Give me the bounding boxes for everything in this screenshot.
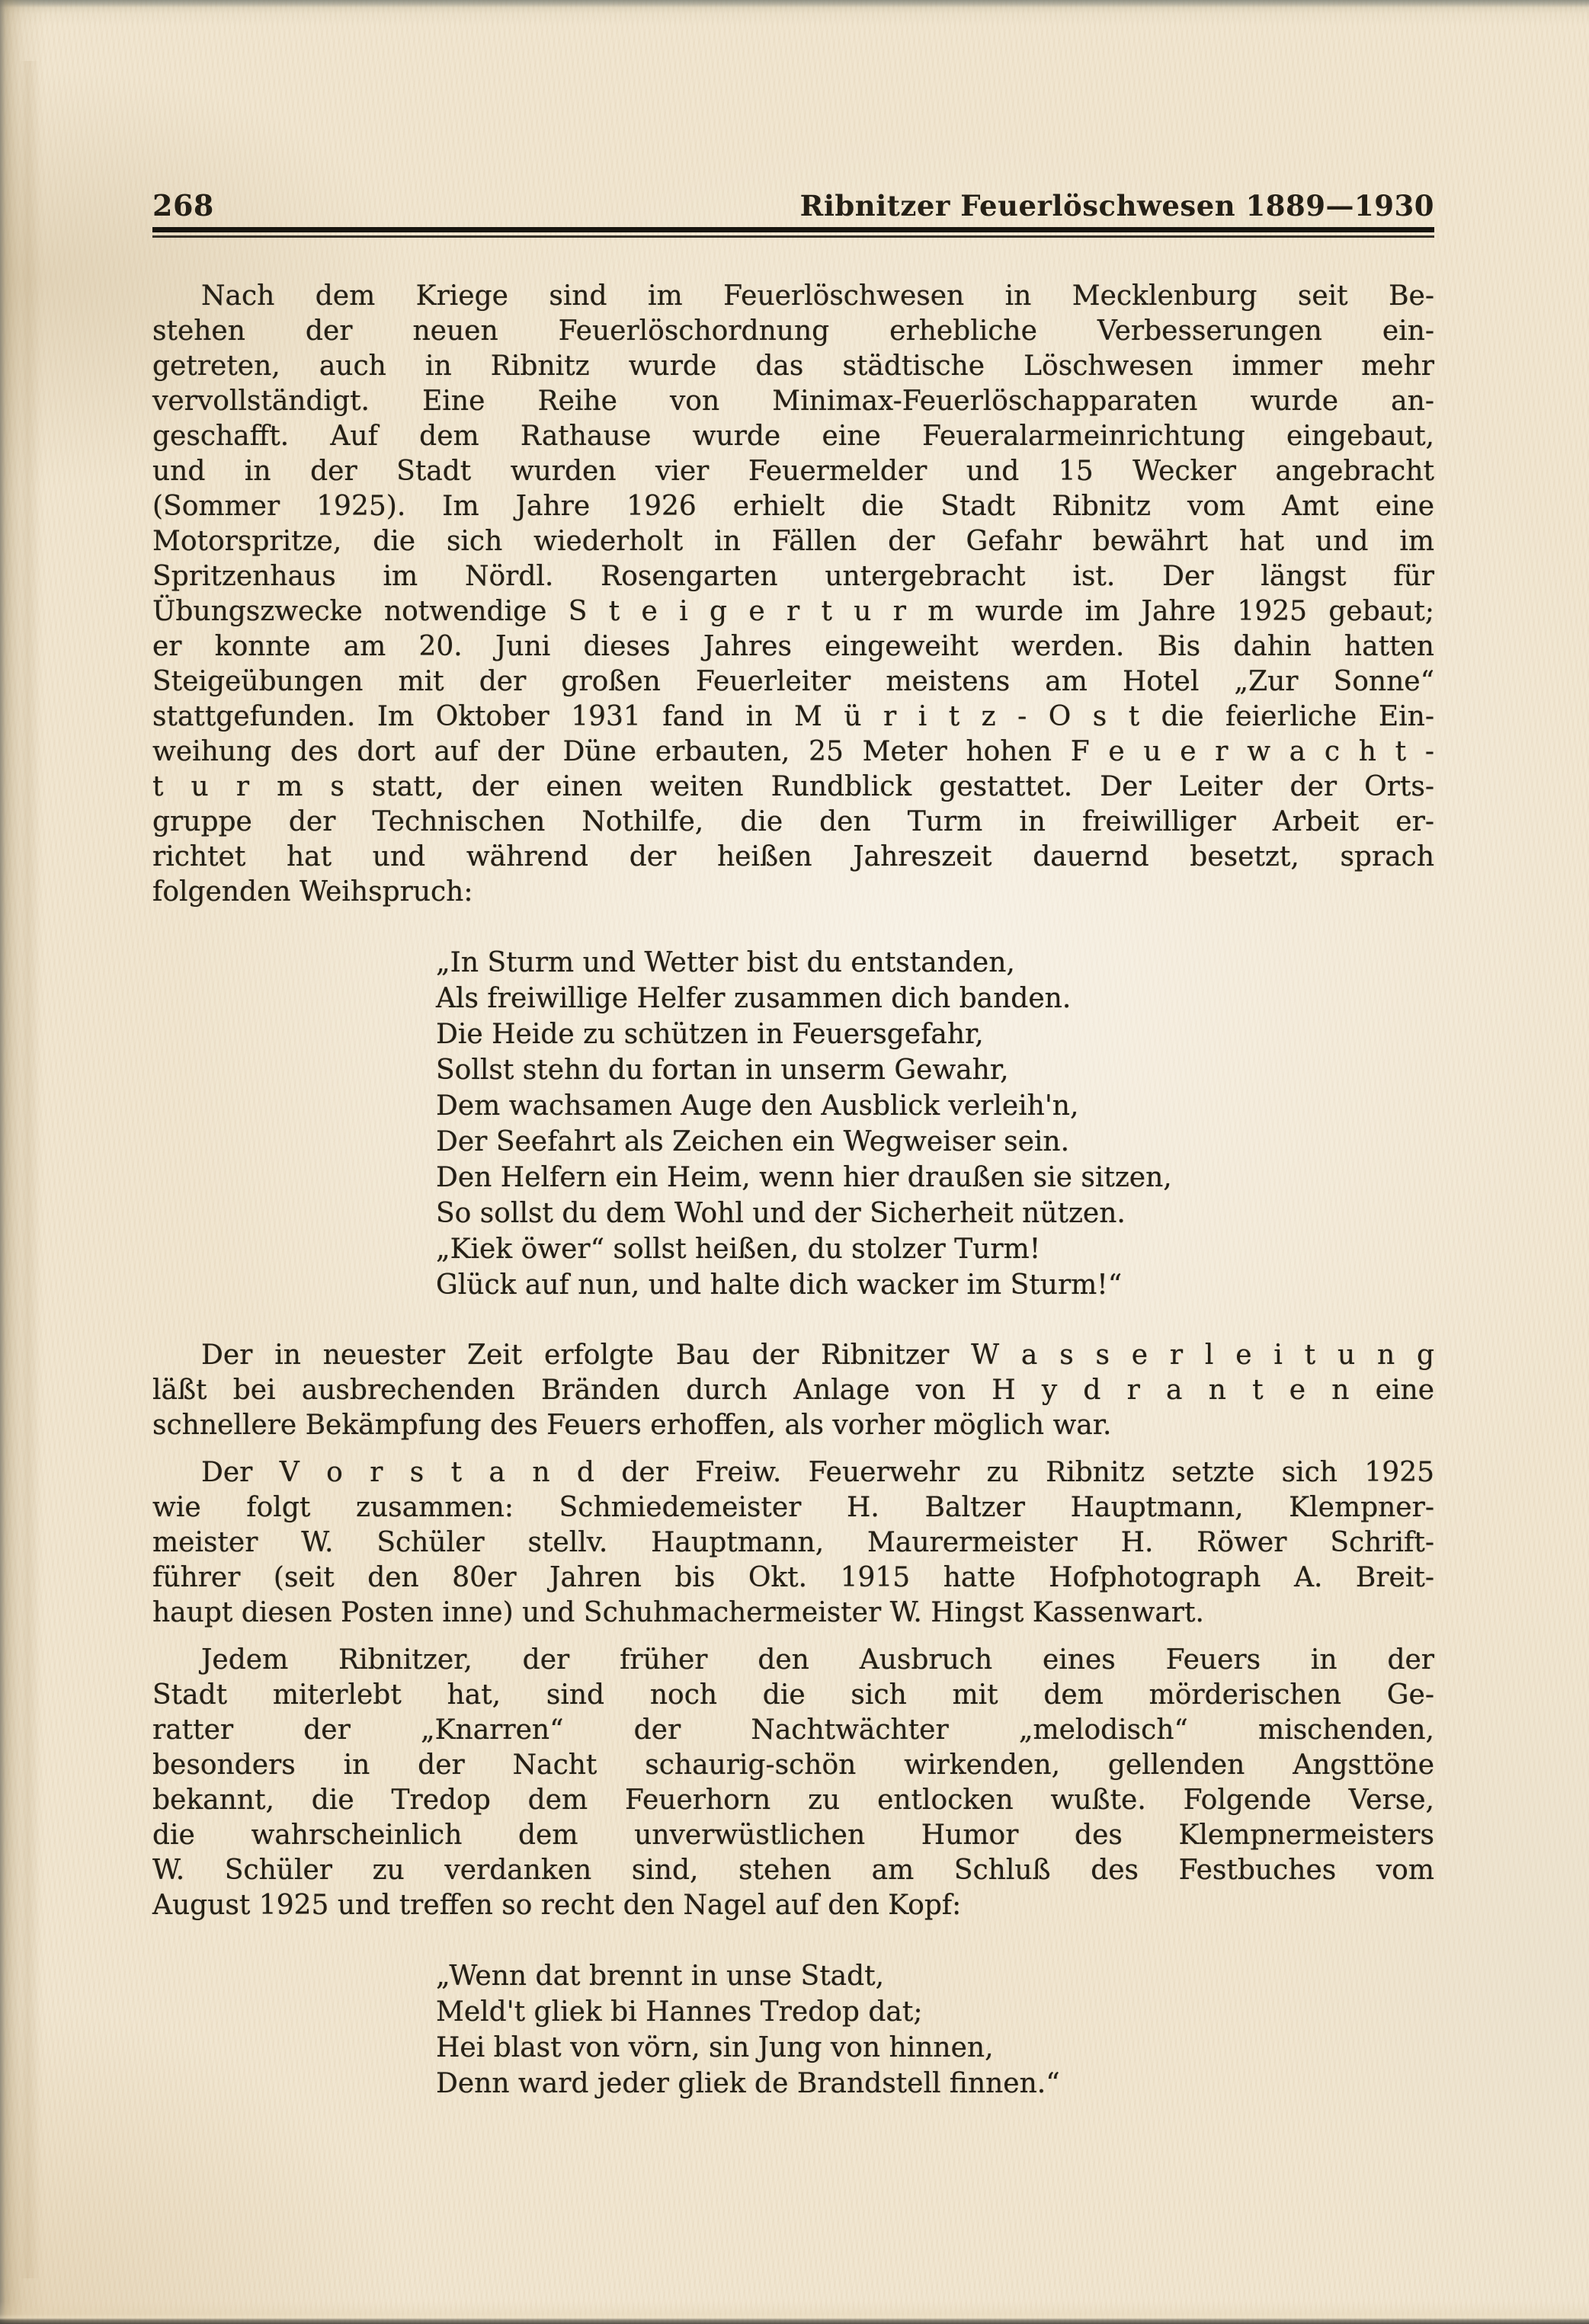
text-line: führer (seit den 80er Jahren bis Okt. 19… — [152, 1561, 1434, 1596]
text-line: So sollst du dem Wohl und der Sicherheit… — [436, 1196, 1434, 1231]
text-line: meister W. Schüler stellv. Hauptmann, Ma… — [152, 1525, 1434, 1561]
text-line: haupt diesen Posten inne) und Schuhmache… — [152, 1596, 1434, 1631]
text-line: stattgefunden. Im Oktober 1931 fand in M… — [152, 699, 1434, 735]
text-line: „In Sturm und Wetter bist du entstanden, — [436, 945, 1434, 981]
text-line: geschafft. Auf dem Rathause wurde eine F… — [152, 419, 1434, 454]
text-line: t u r m s statt, der einen weiten Rundbl… — [152, 770, 1434, 805]
rule-thick-line — [152, 227, 1434, 232]
chapter-title: Ribnitzer Feuerlöschwesen 1889—1930 — [800, 189, 1434, 222]
scanned-book-page: 268 Ribnitzer Feuerlöschwesen 1889—1930 … — [0, 0, 1589, 2324]
text-line: und in der Stadt wurden vier Feuermelder… — [152, 454, 1434, 489]
text-line: läßt bei ausbrechenden Bränden durch Anl… — [152, 1373, 1434, 1408]
text-line: Der Seefahrt als Zeichen ein Wegweiser s… — [436, 1124, 1434, 1160]
text-line: Als freiwillige Helfer zusammen dich ban… — [436, 981, 1434, 1016]
text-line: Spritzenhaus im Nördl. Rosengarten unter… — [152, 559, 1434, 594]
text-line: (Sommer 1925). Im Jahre 1926 erhielt die… — [152, 489, 1434, 524]
text-line: wie folgt zusammen: Schmiedemeister H. B… — [152, 1490, 1434, 1525]
text-line: Übungszwecke notwendige S t e i g e r t … — [152, 594, 1434, 629]
text-line: Hei blast von vörn, sin Jung von hinnen, — [436, 2030, 1434, 2066]
running-header: 268 Ribnitzer Feuerlöschwesen 1889—1930 — [152, 189, 1434, 222]
verse-block: „Wenn dat brennt in unse Stadt,Meld't gl… — [436, 1958, 1434, 2102]
text-line: richtet hat und während der heißen Jahre… — [152, 840, 1434, 875]
paragraph: Nach dem Kriege sind im Feuerlöschwesen … — [152, 279, 1434, 910]
text-line: weihung des dort auf der Düne erbauten, … — [152, 735, 1434, 770]
header-double-rule — [152, 227, 1434, 238]
text-line: Meld't gliek bi Hannes Tredop dat; — [436, 1994, 1434, 2030]
text-line: getreten, auch in Ribnitz wurde das städ… — [152, 349, 1434, 384]
text-line: Der V o r s t a n d der Freiw. Feuerwehr… — [152, 1455, 1434, 1490]
text-line: vervollständigt. Eine Reihe von Minimax-… — [152, 384, 1434, 419]
text-line: Dem wachsamen Auge den Ausblick verleih'… — [436, 1088, 1434, 1124]
paragraph: Jedem Ribnitzer, der früher den Ausbruch… — [152, 1643, 1434, 1923]
page-number: 268 — [152, 189, 214, 222]
text-line: schnellere Bekämpfung des Feuers erhoffe… — [152, 1408, 1434, 1443]
page-content: 268 Ribnitzer Feuerlöschwesen 1889—1930 … — [152, 189, 1434, 2137]
scan-streak — [20, 61, 40, 2278]
text-line: W. Schüler zu verdanken sind, stehen am … — [152, 1853, 1434, 1888]
text-line: Steigeübungen mit der großen Feuerleiter… — [152, 664, 1434, 699]
text-line: Der in neuester Zeit erfolgte Bau der Ri… — [152, 1338, 1434, 1373]
body-text: Nach dem Kriege sind im Feuerlöschwesen … — [152, 279, 1434, 2102]
text-line: besonders in der Nacht schaurig-schön wi… — [152, 1748, 1434, 1783]
text-line: Den Helfern ein Heim, wenn hier draußen … — [436, 1160, 1434, 1196]
text-line: „Wenn dat brennt in unse Stadt, — [436, 1958, 1434, 1994]
text-line: stehen der neuen Feuerlöschordnung erheb… — [152, 314, 1434, 349]
text-line: folgenden Weihspruch: — [152, 875, 1434, 910]
text-line: Motorspritze, die sich wiederholt in Fäl… — [152, 524, 1434, 559]
text-line: „Kiek öwer“ sollst heißen, du stolzer Tu… — [436, 1231, 1434, 1267]
verse-block: „In Sturm und Wetter bist du entstanden,… — [436, 945, 1434, 1303]
text-line: Sollst stehn du fortan in unserm Gewahr, — [436, 1052, 1434, 1088]
text-line: die wahrscheinlich dem unverwüstlichen H… — [152, 1818, 1434, 1853]
scan-edge-left — [0, 0, 46, 2324]
text-line: gruppe der Technischen Nothilfe, die den… — [152, 805, 1434, 840]
scan-edge-bottom — [0, 2301, 1589, 2324]
rule-thin-line — [152, 235, 1434, 238]
text-line: er konnte am 20. Juni dieses Jahres eing… — [152, 629, 1434, 664]
text-line: Jedem Ribnitzer, der früher den Ausbruch… — [152, 1643, 1434, 1678]
text-line: bekannt, die Tredop dem Feuerhorn zu ent… — [152, 1783, 1434, 1818]
text-line: Die Heide zu schützen in Feuersgefahr, — [436, 1016, 1434, 1052]
paragraph: Der in neuester Zeit erfolgte Bau der Ri… — [152, 1338, 1434, 1443]
text-line: August 1925 und treffen so recht den Nag… — [152, 1888, 1434, 1923]
paragraph: Der V o r s t a n d der Freiw. Feuerwehr… — [152, 1455, 1434, 1631]
text-line: Glück auf nun, und halte dich wacker im … — [436, 1267, 1434, 1303]
text-line: Denn ward jeder gliek de Brandstell finn… — [436, 2066, 1434, 2102]
scan-edge-top — [0, 0, 1589, 26]
text-line: ratter der „Knarren“ der Nachtwächter „m… — [152, 1713, 1434, 1748]
text-line: Stadt miterlebt hat, sind noch die sich … — [152, 1678, 1434, 1713]
text-line: Nach dem Kriege sind im Feuerlöschwesen … — [152, 279, 1434, 314]
